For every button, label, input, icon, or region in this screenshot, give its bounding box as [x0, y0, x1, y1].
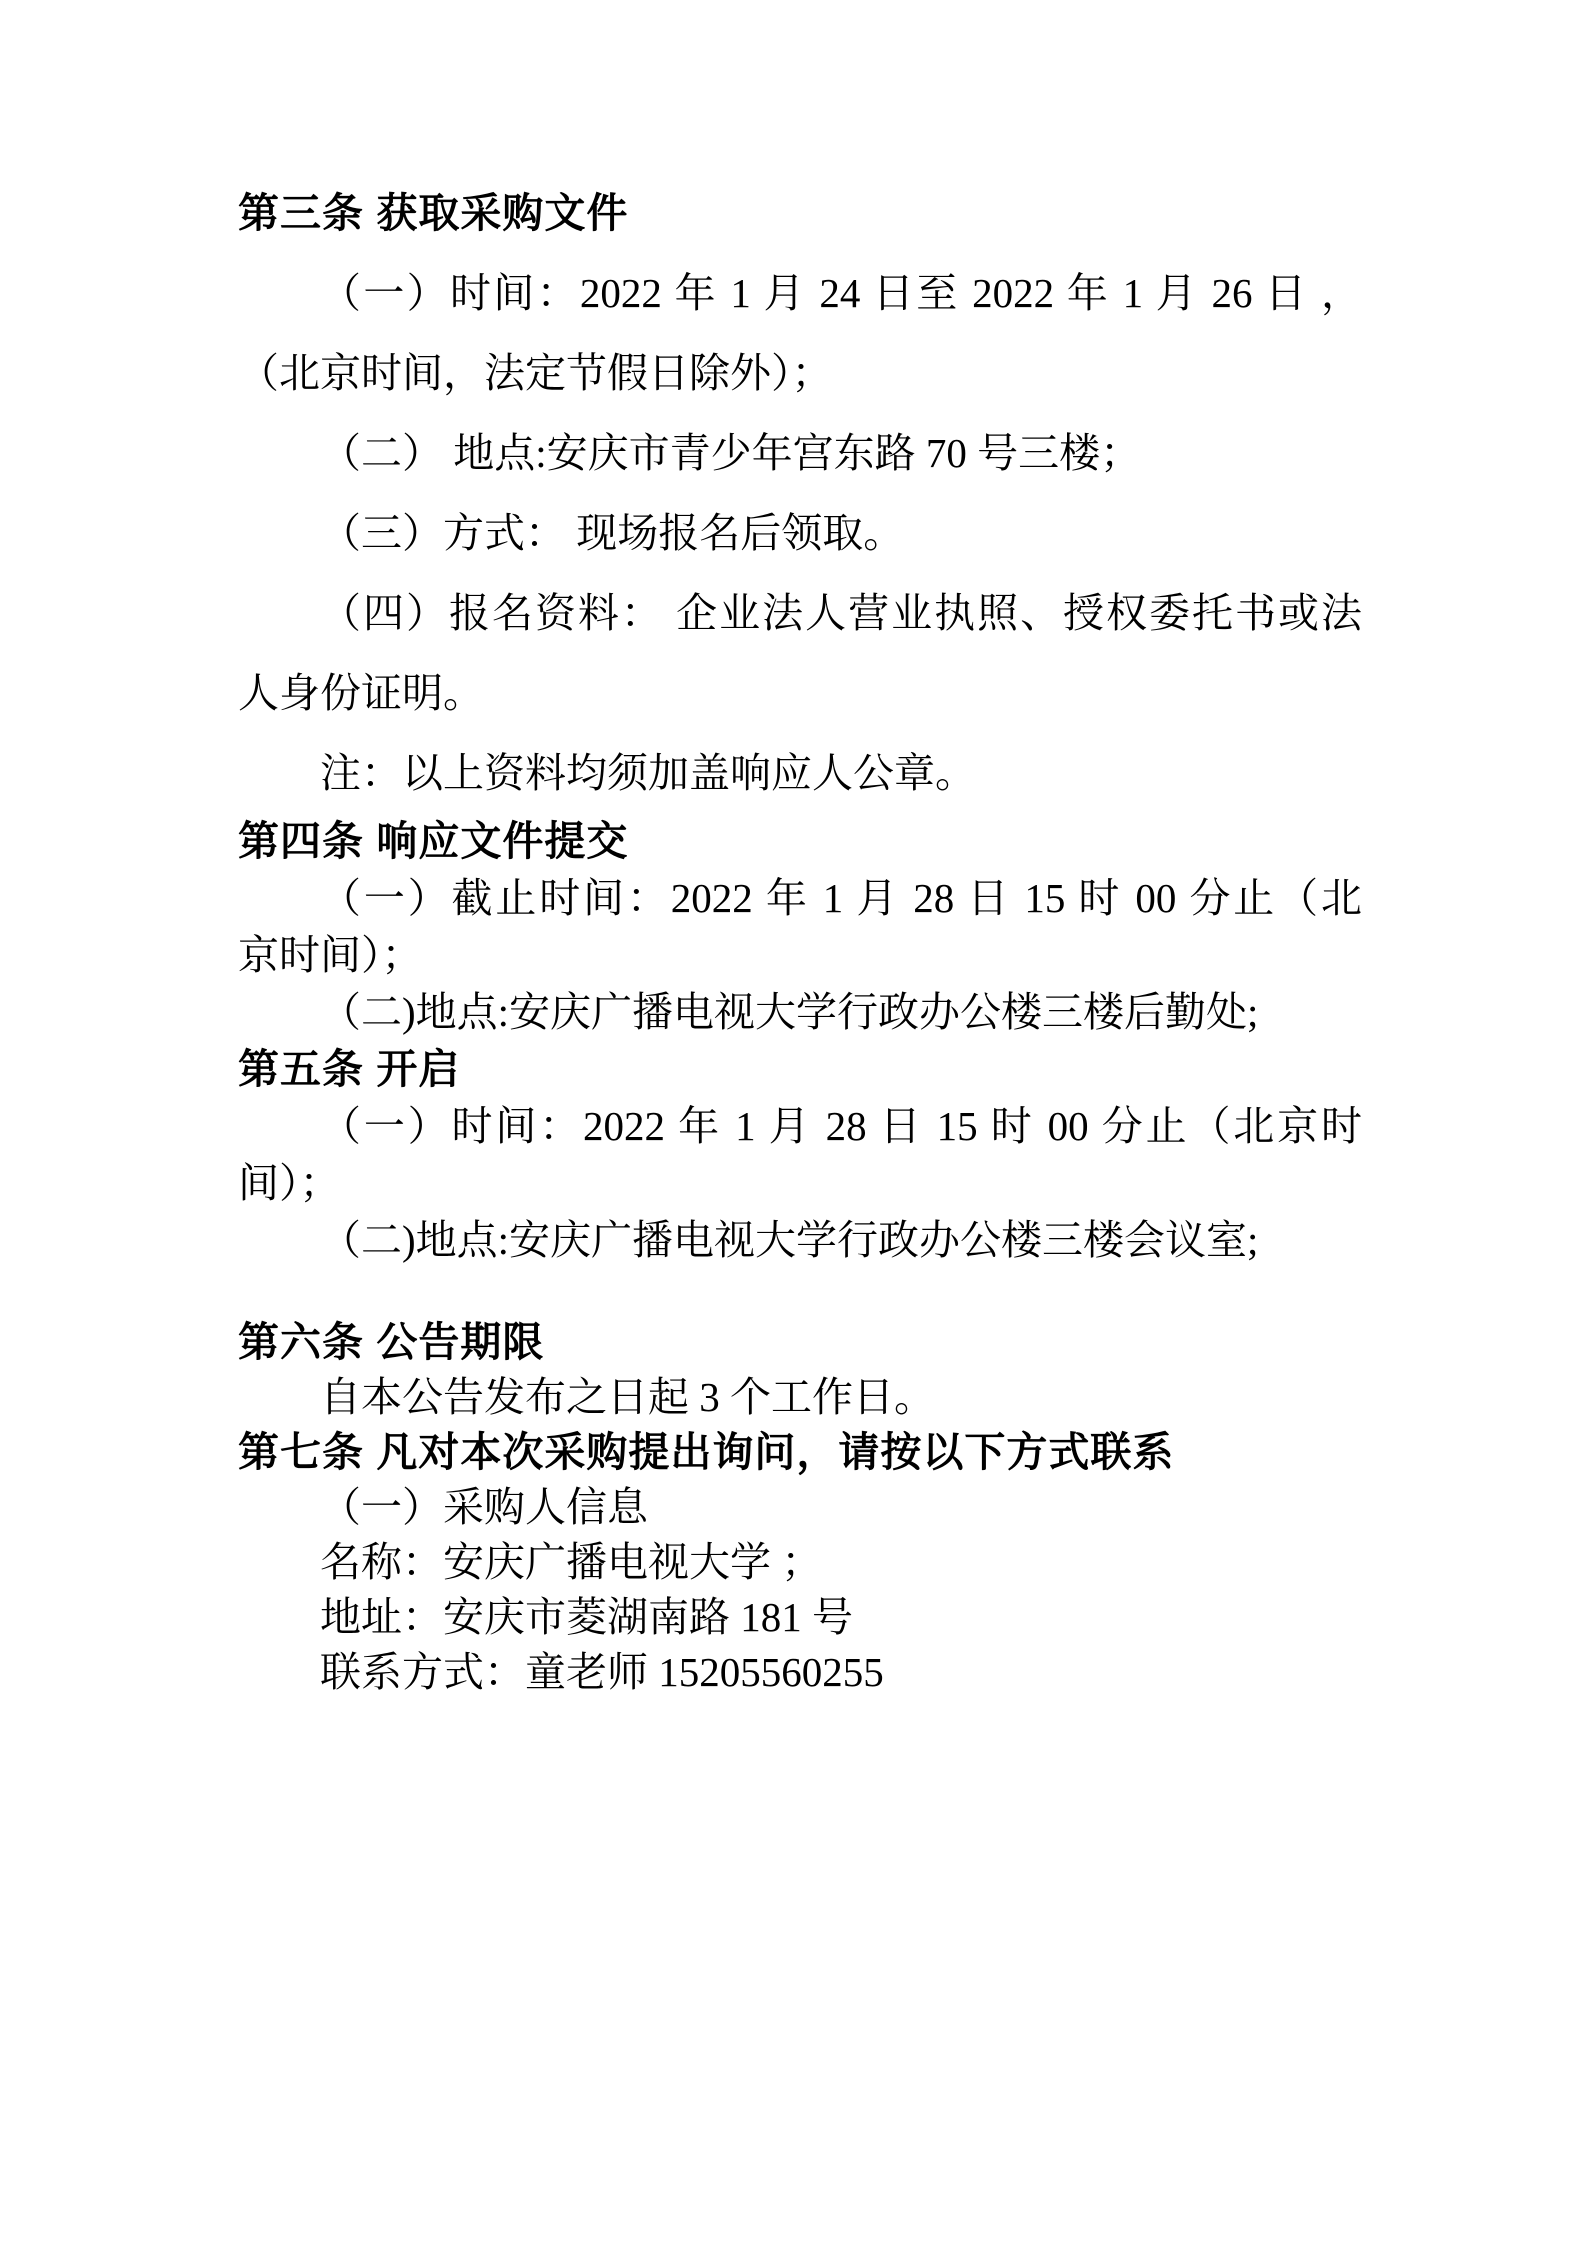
article-5-item1-time-line1: （一）时间：2022 年 1 月 28 日 15 时 00 分止（北京时: [238, 1098, 1362, 1155]
article-3-note: 注：以上资料均须加盖响应人公章。: [238, 733, 1362, 813]
article-5-item2-location: （二)地点:安庆广播电视大学行政办公楼三楼会议室;: [238, 1212, 1362, 1269]
article-5-section: 第五条 开启 （一）时间：2022 年 1 月 28 日 15 时 00 分止（…: [238, 1041, 1362, 1269]
purchaser-address: 地址：安庆市菱湖南路 181 号: [238, 1590, 1362, 1645]
article-6-heading: 第六条 公告期限: [238, 1315, 1362, 1370]
article-3-item2-location: （二） 地点:安庆市青少年宫东路 70 号三楼；: [238, 413, 1362, 493]
article-4-item1-deadline-line1: （一）截止时间：2022 年 1 月 28 日 15 时 00 分止（北: [238, 870, 1362, 927]
article-4-heading: 第四条 响应文件提交: [238, 813, 1362, 870]
article-3-item3-method: （三）方式： 现场报名后领取。: [238, 493, 1362, 573]
article-6-body: 自本公告发布之日起 3 个工作日。: [238, 1370, 1362, 1425]
article-3-section: 第三条 获取采购文件 （一）时间：2022 年 1 月 24 日至 2022 年…: [238, 173, 1362, 813]
article-7-item1-purchaser-info: （一）采购人信息: [238, 1480, 1362, 1535]
article-4-item2-location: （二)地点:安庆广播电视大学行政办公楼三楼后勤处;: [238, 984, 1362, 1041]
article-3-item4-materials-line2: 人身份证明。: [238, 653, 1362, 733]
article-3-heading: 第三条 获取采购文件: [238, 173, 1362, 253]
article-4-section: 第四条 响应文件提交 （一）截止时间：2022 年 1 月 28 日 15 时 …: [238, 813, 1362, 1041]
article-3-item1-time-line1: （一）时间：2022 年 1 月 24 日至 2022 年 1 月 26 日 ，: [238, 253, 1362, 333]
articles-6-7-section: 第六条 公告期限 自本公告发布之日起 3 个工作日。 第七条 凡对本次采购提出询…: [238, 1315, 1362, 1700]
article-3-item4-materials-line1: （四）报名资料： 企业法人营业执照、授权委托书或法: [238, 573, 1362, 653]
article-5-item1-time-line2: 间）；: [238, 1155, 1362, 1212]
purchaser-name: 名称：安庆广播电视大学 ；: [238, 1535, 1362, 1590]
purchaser-contact: 联系方式：童老师 15205560255: [238, 1645, 1362, 1700]
document-page: 第三条 获取采购文件 （一）时间：2022 年 1 月 24 日至 2022 年…: [0, 0, 1587, 2245]
article-5-heading: 第五条 开启: [238, 1041, 1362, 1098]
article-3-item1-time-line2: （北京时间，法定节假日除外）；: [238, 333, 1362, 413]
article-7-heading: 第七条 凡对本次采购提出询问，请按以下方式联系: [238, 1425, 1362, 1480]
article-4-item1-deadline-line2: 京时间）；: [238, 927, 1362, 984]
